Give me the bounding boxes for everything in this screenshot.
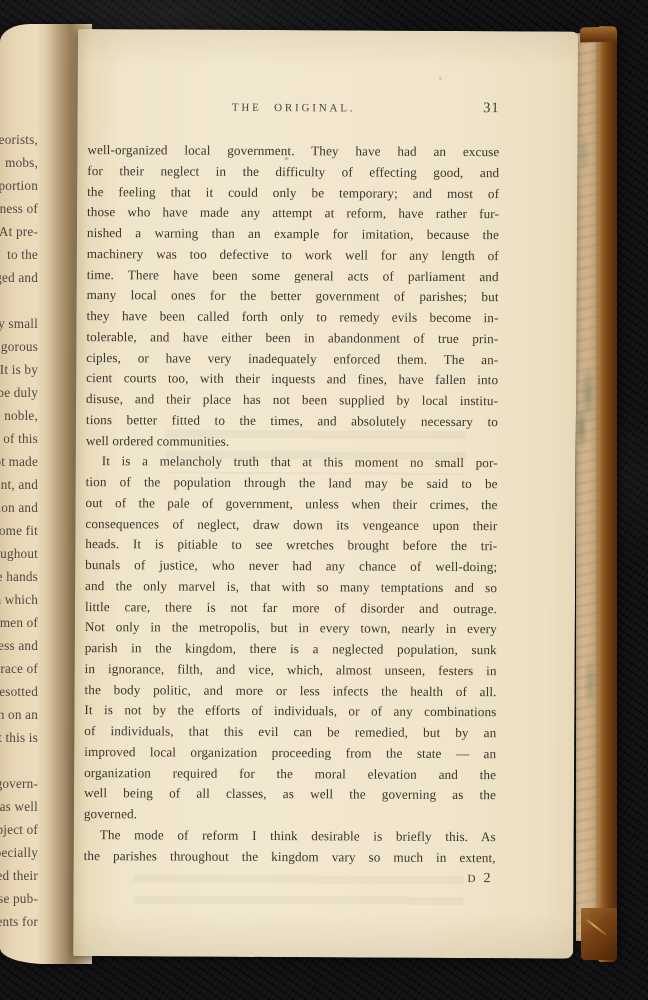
left-page-text-fragment: e hands bbox=[0, 565, 38, 588]
left-page-text-fragment: eorists, bbox=[0, 128, 38, 151]
left-page-text-fragment: t this is bbox=[0, 726, 38, 749]
text-line: organization required for the moral elev… bbox=[84, 763, 496, 786]
text-line: It is not by the efforts of individuals,… bbox=[84, 700, 496, 723]
text-line: nished a warning than an example for imi… bbox=[87, 223, 499, 246]
text-line: out of the pale of government, unless wh… bbox=[85, 493, 497, 516]
text-line: Not only in the metropolis, but in every… bbox=[85, 617, 497, 640]
left-page-text-fragment: mobs, bbox=[0, 151, 38, 174]
left-page-text-fragment: ion and bbox=[0, 496, 38, 519]
text-line: tion of the population through the land … bbox=[86, 472, 498, 495]
text-line: parish in the kingdom, there is a neglec… bbox=[85, 638, 497, 661]
text-line: many local ones for the better governmen… bbox=[87, 285, 499, 308]
left-page-text-fragment: be duly bbox=[0, 381, 38, 404]
left-page-text-fragment: At pre- bbox=[0, 220, 38, 243]
signature-letter: D bbox=[468, 873, 476, 885]
text-line: well being of all classes, as well the g… bbox=[84, 783, 496, 806]
left-page-text-fragment: to the bbox=[0, 243, 38, 266]
text-line: little care, there is not far more of di… bbox=[85, 597, 497, 620]
left-page-text-fragment: dients for bbox=[0, 910, 38, 933]
running-title: THE ORIGINAL. bbox=[88, 101, 500, 115]
text-line: they have been called forth only to reme… bbox=[86, 306, 498, 329]
text-line: well-organized local government. They ha… bbox=[87, 140, 499, 163]
left-page-text-fragment: come fit bbox=[0, 519, 38, 542]
left-page-text-fragment: ness of bbox=[0, 197, 38, 220]
left-page-text-fragment: govern- bbox=[0, 772, 38, 795]
text-line: in ignorance, filth, and vice, which, al… bbox=[85, 659, 497, 682]
left-page-text-fragment: men of bbox=[0, 611, 38, 634]
left-page-text-fragment: e noble, bbox=[0, 404, 38, 427]
cover-corner-bottom bbox=[581, 908, 617, 960]
cover-corner-top bbox=[580, 27, 617, 43]
left-page-text-fragment: a race of bbox=[0, 657, 38, 680]
left-page-text-fragment bbox=[0, 749, 38, 772]
left-page-text-fragment: ged and bbox=[0, 266, 38, 289]
text-line: tions better fitted to the times, and ab… bbox=[86, 410, 498, 433]
book-cover-edge bbox=[598, 26, 617, 962]
text-line: bunals of justice, who never had any cha… bbox=[85, 555, 497, 578]
left-page-text-fragment: besotted bbox=[0, 680, 38, 703]
text-line: of individuals, that this evil can be re… bbox=[84, 721, 496, 744]
left-page-text-fragment: y small bbox=[0, 312, 38, 335]
paper-speck bbox=[284, 157, 288, 160]
left-page-text-fragment: object of bbox=[0, 818, 38, 841]
text-line: The mode of reform I think desirable is … bbox=[84, 825, 496, 848]
show-through-text bbox=[133, 874, 463, 916]
left-page-text: eorists,mobs,portionness ofAt pre-to the… bbox=[0, 128, 38, 933]
left-page-text-fragment: ent, and bbox=[0, 473, 38, 496]
left-page-text-fragment: th on an bbox=[0, 703, 38, 726]
page-header: THE ORIGINAL. 31 bbox=[88, 101, 500, 121]
page-number: 31 bbox=[483, 100, 500, 117]
text-line: governed. bbox=[84, 804, 496, 827]
text-line: consequences of neglect, draw down its v… bbox=[85, 514, 497, 537]
left-page-text-fragment: ot made bbox=[0, 450, 38, 473]
signature-number: 2 bbox=[483, 871, 490, 886]
text-line: tolerable, and have either been in aband… bbox=[86, 327, 498, 350]
page-text: well-organized local government. They ha… bbox=[84, 140, 500, 868]
gilt-tooling bbox=[585, 918, 607, 936]
text-line: the parishes throughout the kingdom vary… bbox=[84, 846, 496, 869]
text-line: for their neglect in the difficulty of e… bbox=[87, 161, 499, 184]
text-line: ciples, or have very inadequately enforc… bbox=[86, 348, 498, 371]
paper-speck bbox=[439, 77, 442, 80]
text-line: time. There have been some general acts … bbox=[87, 265, 499, 288]
left-page-text-fragment: t of this bbox=[0, 427, 38, 450]
text-line: well ordered communities. bbox=[86, 431, 498, 454]
signature-mark: D 2 bbox=[468, 869, 491, 887]
book-page-right: THE ORIGINAL. 31 well-organized local go… bbox=[73, 29, 578, 959]
text-line: heads. It is pitiable to see wretches br… bbox=[85, 534, 497, 557]
text-line: It is a melancholy truth that at this mo… bbox=[86, 451, 498, 474]
text-line: machinery was too defective to work well… bbox=[87, 244, 499, 267]
text-line: improved local organization proceeding f… bbox=[84, 742, 496, 765]
left-page-text-fragment: g, as well bbox=[0, 795, 38, 818]
left-page-text-fragment: portion bbox=[0, 174, 38, 197]
left-page-text-fragment bbox=[0, 289, 38, 312]
text-line: cient courts too, with their inquests an… bbox=[86, 368, 498, 391]
text-line: the feeling that it could only be tempor… bbox=[87, 182, 499, 205]
left-page-text-fragment: It is by bbox=[0, 358, 38, 381]
text-line: the body politic, and more or less infec… bbox=[84, 680, 496, 703]
left-page-text-fragment: rted their bbox=[0, 864, 38, 887]
book-photo: eorists,mobs,portionness ofAt pre-to the… bbox=[0, 0, 648, 1000]
paper-speck bbox=[257, 233, 259, 235]
left-page-text-fragment: ness and bbox=[0, 634, 38, 657]
left-page-text-fragment: igorous bbox=[0, 335, 38, 358]
left-page-text-fragment: hose pub- bbox=[0, 887, 38, 910]
text-line: those who have made any attempt at refor… bbox=[87, 202, 499, 225]
text-line: and the only marvel is, that with so man… bbox=[85, 576, 497, 599]
left-page-text-fragment: oughout bbox=[0, 542, 38, 565]
left-page-text-fragment: especially bbox=[0, 841, 38, 864]
left-page-text-fragment: h which bbox=[0, 588, 38, 611]
text-line: disuse, and their place has not been sup… bbox=[86, 389, 498, 412]
